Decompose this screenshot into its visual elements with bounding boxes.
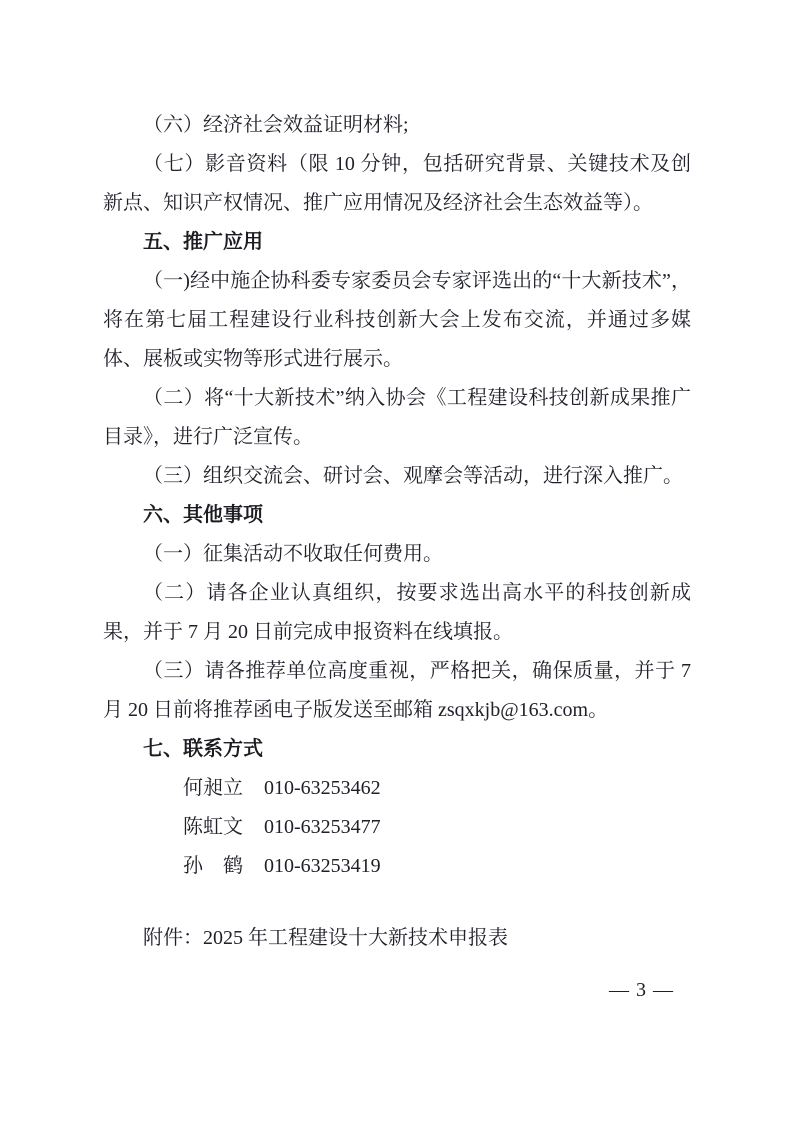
paragraph-promotion-1: （一)经中施企协科委专家委员会专家评选出的“十大新技术”，将在第七届工程建设行业… <box>103 262 691 379</box>
paragraph-materials-6: （六）经济社会效益证明材料; <box>103 106 691 145</box>
paragraph-other-3: （三）请各推荐单位高度重视，严格把关，确保质量，并于 7 月 20 日前将推荐函… <box>103 652 691 730</box>
paragraph-promotion-2: （二）将“十大新技术”纳入协会《工程建设科技创新成果推广目录》，进行广泛宣传。 <box>103 379 691 457</box>
section-heading-contact-info: 七、联系方式 <box>103 730 691 769</box>
page-number: — 3 — <box>609 976 674 1004</box>
document-body: （六）经济社会效益证明材料; （七）影音资料（限 10 分钟，包括研究背景、关键… <box>103 106 691 958</box>
contact-phone: 010-63253419 <box>264 855 381 877</box>
paragraph-promotion-3: （三）组织交流会、研讨会、观摩会等活动，进行深入推广。 <box>103 457 691 496</box>
section-heading-other-matters: 六、其他事项 <box>103 496 691 535</box>
contact-row: 陈虹文010-63253477 <box>103 808 691 847</box>
contact-name: 何昶立 <box>143 769 243 808</box>
contact-name: 陈虹文 <box>143 808 243 847</box>
paragraph-materials-7: （七）影音资料（限 10 分钟，包括研究背景、关键技术及创新点、知识产权情况、推… <box>103 145 691 223</box>
attachment-note: 附件：2025 年工程建设十大新技术申报表 <box>103 919 691 958</box>
section-heading-promotion: 五、推广应用 <box>103 223 691 262</box>
contact-row: 何昶立010-63253462 <box>103 769 691 808</box>
contact-name: 孙 鹤 <box>143 847 243 886</box>
paragraph-other-2: （二）请各企业认真组织，按要求选出高水平的科技创新成果，并于 7 月 20 日前… <box>103 574 691 652</box>
contact-phone: 010-63253462 <box>264 777 381 799</box>
contact-phone: 010-63253477 <box>264 816 381 838</box>
paragraph-other-1: （一）征集活动不收取任何费用。 <box>103 535 691 574</box>
contact-row: 孙 鹤010-63253419 <box>103 847 691 886</box>
document-page: （六）经济社会效益证明材料; （七）影音资料（限 10 分钟，包括研究背景、关键… <box>0 0 794 1123</box>
